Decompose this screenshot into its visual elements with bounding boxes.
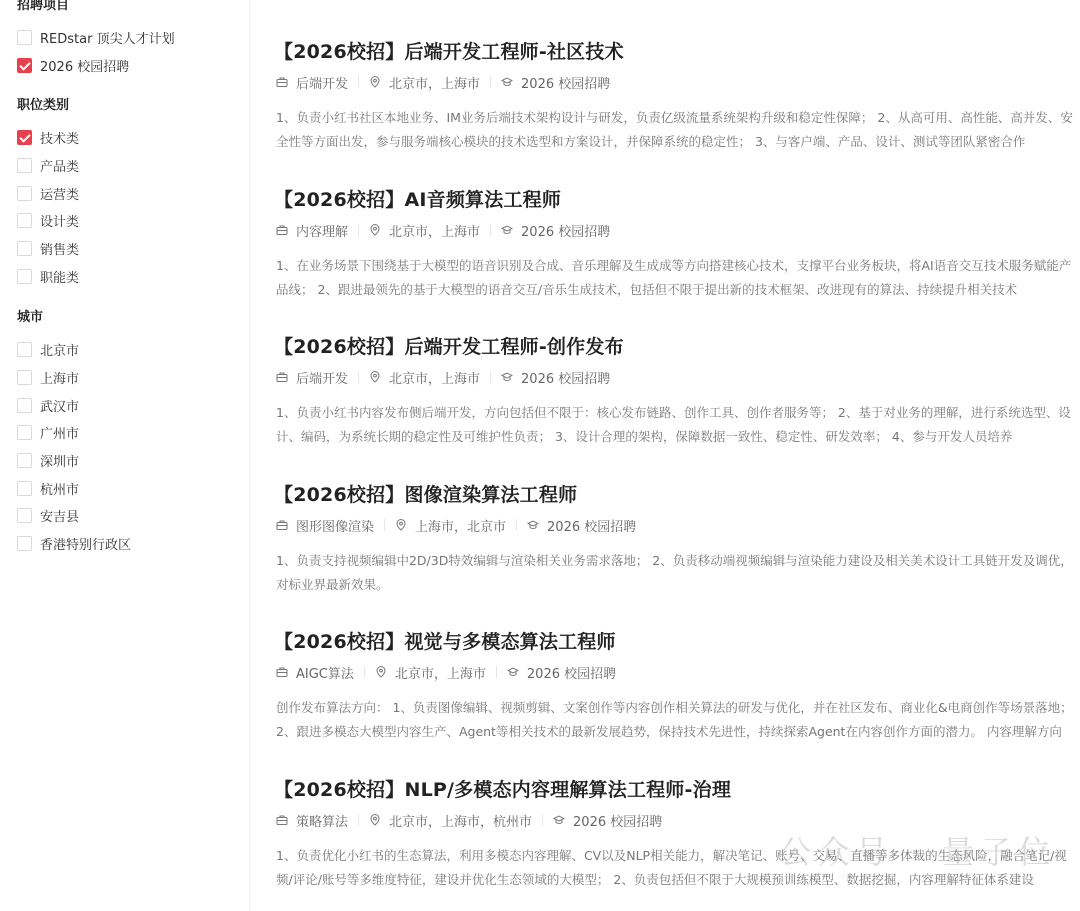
briefcase-icon <box>276 224 288 236</box>
location-pin-icon <box>369 76 381 88</box>
checkbox[interactable] <box>17 425 32 440</box>
job-category: 内容理解 <box>276 221 348 240</box>
filter-label: 运营类 <box>40 184 79 203</box>
job-program-label: 2026 校园招聘 <box>521 368 610 387</box>
filter-option-shanghai[interactable]: 上海市 <box>17 364 131 392</box>
group-title: 招聘项目 <box>17 0 175 16</box>
job-description: 创作发布算法方向： 1、负责图像编辑、视频剪辑、文案创作等内容创作相关算法的研发… <box>276 696 1074 743</box>
group-title: 城市 <box>17 308 131 328</box>
location-pin-icon <box>369 371 381 383</box>
job-program: 2026 校园招聘 <box>507 663 616 682</box>
job-category-label: 策略算法 <box>296 811 348 830</box>
filter-option-shenzhen[interactable]: 深圳市 <box>17 447 131 475</box>
job-description: 1、负责支持视频编辑中2D/3D特效编辑与渲染相关业务需求落地； 2、负责移动端… <box>276 549 1074 596</box>
job-category: 图形图像渲染 <box>276 516 374 535</box>
checkbox[interactable] <box>17 508 32 523</box>
filter-label: 上海市 <box>40 368 79 387</box>
job-category-label: 图形图像渲染 <box>296 516 374 535</box>
filter-option-tech[interactable]: 技术类 <box>17 124 79 152</box>
filter-option-guangzhou[interactable]: 广州市 <box>17 419 131 447</box>
checkbox[interactable] <box>17 30 32 45</box>
job-card[interactable]: 【2026校招】AI音频算法工程师 内容理解 北京市，上海市 2026 校园招聘… <box>276 186 1076 301</box>
job-meta: 图形图像渲染 上海市，北京市 2026 校园招聘 <box>276 515 1076 535</box>
job-title[interactable]: 【2026校招】NLP/多模态内容理解算法工程师-治理 <box>274 776 1076 804</box>
checkbox[interactable] <box>17 536 32 551</box>
job-program-label: 2026 校园招聘 <box>527 663 616 682</box>
graduation-cap-icon <box>527 519 539 531</box>
briefcase-icon <box>276 814 288 826</box>
location-pin-icon <box>369 814 381 826</box>
job-program-label: 2026 校园招聘 <box>547 516 636 535</box>
filter-option-2026-campus[interactable]: 2026 校园招聘 <box>17 52 175 80</box>
filter-label: 杭州市 <box>40 479 79 498</box>
filter-option-anji[interactable]: 安吉县 <box>17 502 131 530</box>
divider <box>364 666 365 678</box>
filter-label: 广州市 <box>40 423 79 442</box>
briefcase-icon <box>276 666 288 678</box>
checkbox[interactable] <box>17 269 32 284</box>
job-category: 策略算法 <box>276 811 348 830</box>
graduation-cap-icon <box>553 814 565 826</box>
job-location-label: 北京市，上海市 <box>395 663 486 682</box>
divider <box>490 371 491 383</box>
job-location: 北京市，上海市 <box>375 663 486 682</box>
job-location: 北京市，上海市 <box>369 73 480 92</box>
job-location-label: 北京市，上海市，杭州市 <box>389 811 532 830</box>
job-title[interactable]: 【2026校招】视觉与多模态算法工程师 <box>274 628 1076 656</box>
filter-option-product[interactable]: 产品类 <box>17 152 79 180</box>
location-pin-icon <box>395 519 407 531</box>
checkbox[interactable] <box>17 481 32 496</box>
job-category-label: 后端开发 <box>296 368 348 387</box>
job-category-label: AIGC算法 <box>296 663 354 682</box>
checkbox[interactable] <box>17 398 32 413</box>
filter-label: 武汉市 <box>40 396 79 415</box>
job-category: 后端开发 <box>276 368 348 387</box>
job-location: 上海市，北京市 <box>395 516 506 535</box>
checkbox[interactable] <box>17 213 32 228</box>
job-meta: 策略算法 北京市，上海市，杭州市 2026 校园招聘 <box>276 810 1076 830</box>
graduation-cap-icon <box>501 371 513 383</box>
graduation-cap-icon <box>507 666 519 678</box>
job-description: 1、负责小红书内容发布侧后端开发，方向包括但不限于：核心发布链路、创作工具、创作… <box>276 401 1074 448</box>
filter-option-hangzhou[interactable]: 杭州市 <box>17 474 131 502</box>
filter-label: REDstar 顶尖人才计划 <box>40 28 175 47</box>
job-category-label: 内容理解 <box>296 221 348 240</box>
checkbox[interactable] <box>17 241 32 256</box>
filter-group-job-category: 职位类别 技术类 产品类 运营类 设计类 销售类 职能类 <box>17 96 79 290</box>
divider <box>490 224 491 236</box>
job-meta: 后端开发 北京市，上海市 2026 校园招聘 <box>276 72 1076 92</box>
filter-label: 职能类 <box>40 267 79 286</box>
filter-option-functional[interactable]: 职能类 <box>17 262 79 290</box>
graduation-cap-icon <box>501 76 513 88</box>
filter-option-beijing[interactable]: 北京市 <box>17 336 131 364</box>
filter-option-wuhan[interactable]: 武汉市 <box>17 391 131 419</box>
job-card[interactable]: 【2026校招】图像渲染算法工程师 图形图像渲染 上海市，北京市 2026 校园… <box>276 481 1076 596</box>
job-description: 1、负责小红书社区本地业务、IM业务后端技术架构设计与研发，负责亿级流量系统架构… <box>276 106 1074 153</box>
briefcase-icon <box>276 371 288 383</box>
filter-option-sales[interactable]: 销售类 <box>17 235 79 263</box>
filter-label: 香港特别行政区 <box>40 534 131 553</box>
job-program: 2026 校园招聘 <box>553 811 662 830</box>
job-location: 北京市，上海市 <box>369 221 480 240</box>
filter-label: 安吉县 <box>40 506 79 525</box>
job-program: 2026 校园招聘 <box>501 221 610 240</box>
filter-option-hongkong[interactable]: 香港特别行政区 <box>17 530 131 558</box>
divider <box>358 224 359 236</box>
job-location-label: 北京市，上海市 <box>389 368 480 387</box>
filter-option-operations[interactable]: 运营类 <box>17 179 79 207</box>
divider <box>496 666 497 678</box>
briefcase-icon <box>276 519 288 531</box>
job-category: AIGC算法 <box>276 663 354 682</box>
job-location-label: 北京市，上海市 <box>389 73 480 92</box>
divider <box>516 519 517 531</box>
filter-option-design[interactable]: 设计类 <box>17 207 79 235</box>
job-location: 北京市，上海市，杭州市 <box>369 811 532 830</box>
job-title[interactable]: 【2026校招】图像渲染算法工程师 <box>274 481 1076 509</box>
job-location: 北京市，上海市 <box>369 368 480 387</box>
job-title[interactable]: 【2026校招】后端开发工程师-社区技术 <box>274 38 1076 66</box>
filter-group-city: 城市 北京市 上海市 武汉市 广州市 深圳市 杭州市 安吉县 <box>17 308 131 558</box>
checkbox[interactable] <box>17 342 32 357</box>
location-pin-icon <box>375 666 387 678</box>
job-description: 1、在业务场景下围绕基于大模型的语音识别及合成、音乐理解及生成成等方向搭建核心技… <box>276 254 1074 301</box>
job-category: 后端开发 <box>276 73 348 92</box>
divider <box>384 519 385 531</box>
divider <box>490 76 491 88</box>
filter-label: 产品类 <box>40 156 79 175</box>
filter-label: 深圳市 <box>40 451 79 470</box>
location-pin-icon <box>369 224 381 236</box>
job-title[interactable]: 【2026校招】后端开发工程师-创作发布 <box>274 333 1076 361</box>
job-card[interactable]: 【2026校招】后端开发工程师-创作发布 后端开发 北京市，上海市 2026 校… <box>276 333 1076 448</box>
job-meta: 后端开发 北京市，上海市 2026 校园招聘 <box>276 367 1076 387</box>
divider <box>542 814 543 826</box>
filter-label: 销售类 <box>40 239 79 258</box>
job-program: 2026 校园招聘 <box>501 73 610 92</box>
group-title: 职位类别 <box>17 96 79 116</box>
divider <box>358 371 359 383</box>
job-category-label: 后端开发 <box>296 73 348 92</box>
filter-label: 北京市 <box>40 340 79 359</box>
job-program-label: 2026 校园招聘 <box>573 811 662 830</box>
checkbox[interactable] <box>17 370 32 385</box>
job-program: 2026 校园招聘 <box>501 368 610 387</box>
job-program-label: 2026 校园招聘 <box>521 221 610 240</box>
job-program: 2026 校园招聘 <box>527 516 636 535</box>
checkbox[interactable] <box>17 158 32 173</box>
checkbox-checked[interactable] <box>17 58 32 73</box>
job-card[interactable]: 【2026校招】视觉与多模态算法工程师 AIGC算法 北京市，上海市 2026 … <box>276 628 1076 743</box>
divider <box>358 814 359 826</box>
job-description: 1、负责优化小红书的生态算法，利用多模态内容理解、CV以及NLP相关能力，解决笔… <box>276 844 1074 891</box>
filter-label: 技术类 <box>40 128 79 147</box>
job-program-label: 2026 校园招聘 <box>521 73 610 92</box>
briefcase-icon <box>276 76 288 88</box>
filter-label: 2026 校园招聘 <box>40 56 129 75</box>
filter-sidebar: 招聘项目 REDstar 顶尖人才计划 2026 校园招聘 职位类别 技术类 产… <box>0 0 250 911</box>
job-card[interactable]: 【2026校招】后端开发工程师-社区技术 后端开发 北京市，上海市 2026 校… <box>276 38 1076 153</box>
job-meta: AIGC算法 北京市，上海市 2026 校园招聘 <box>276 662 1076 682</box>
job-title[interactable]: 【2026校招】AI音频算法工程师 <box>274 186 1076 214</box>
job-meta: 内容理解 北京市，上海市 2026 校园招聘 <box>276 220 1076 240</box>
checkbox[interactable] <box>17 186 32 201</box>
job-location-label: 北京市，上海市 <box>389 221 480 240</box>
filter-label: 设计类 <box>40 211 79 230</box>
job-location-label: 上海市，北京市 <box>415 516 506 535</box>
divider <box>358 76 359 88</box>
filter-option-redstar[interactable]: REDstar 顶尖人才计划 <box>17 24 175 52</box>
filter-group-recruitment-program: 招聘项目 REDstar 顶尖人才计划 2026 校园招聘 <box>17 0 175 79</box>
checkbox[interactable] <box>17 453 32 468</box>
checkbox-checked[interactable] <box>17 130 32 145</box>
job-card[interactable]: 【2026校招】NLP/多模态内容理解算法工程师-治理 策略算法 北京市，上海市… <box>276 776 1076 891</box>
graduation-cap-icon <box>501 224 513 236</box>
